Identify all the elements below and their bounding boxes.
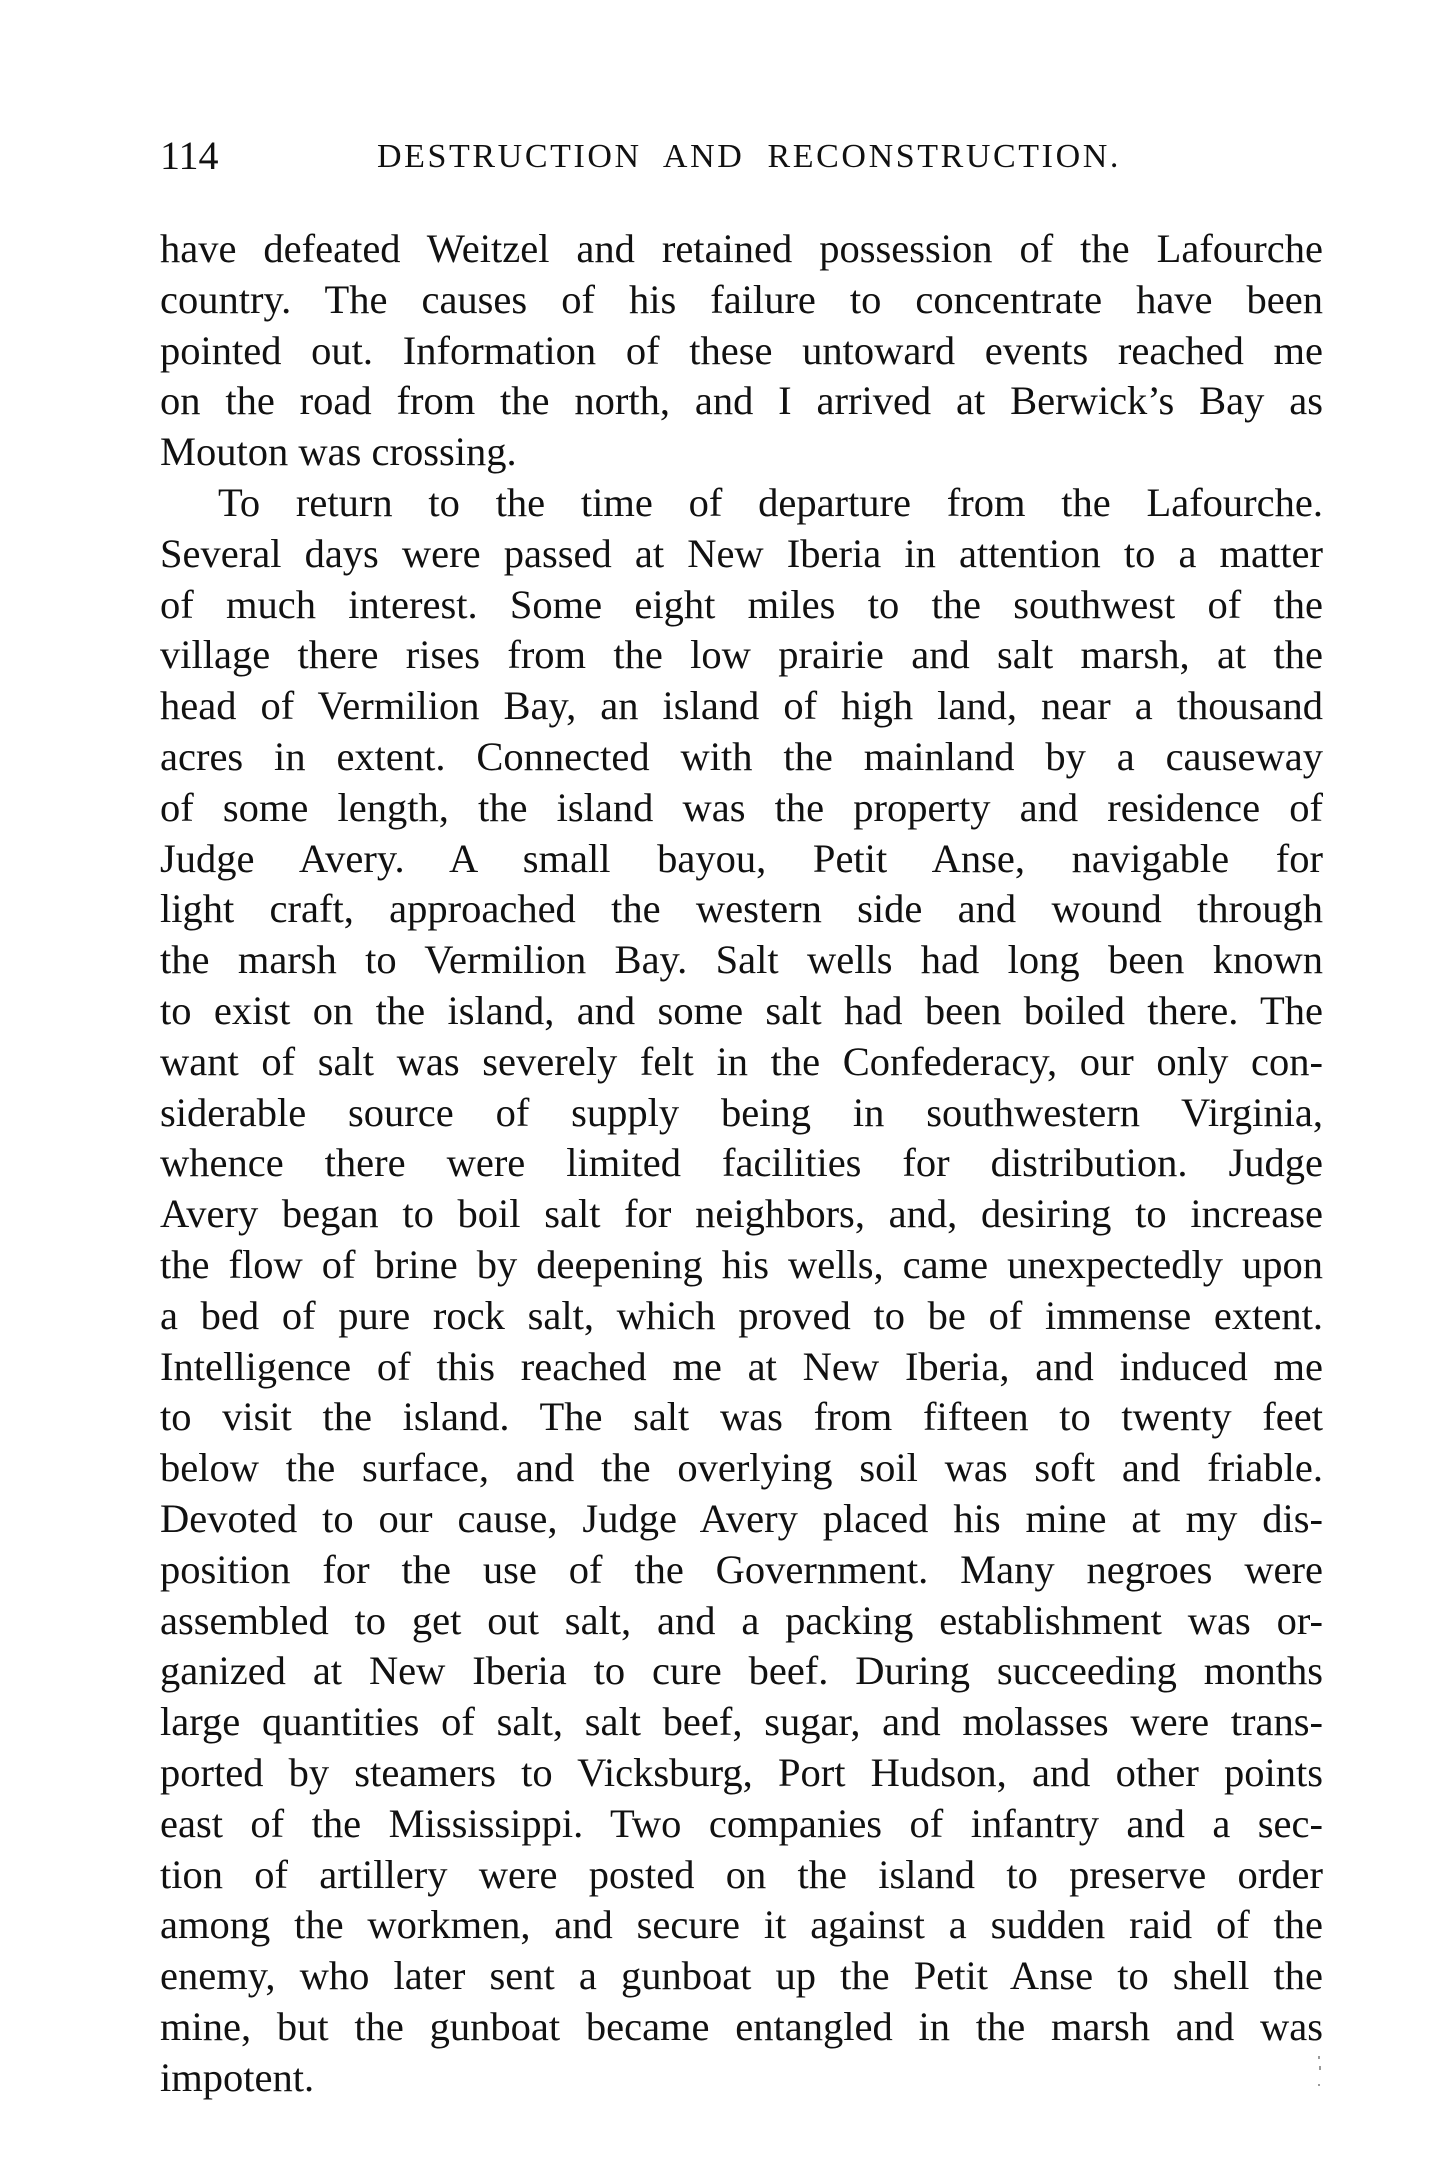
text-line: a bed of pure rock salt, which proved to… <box>160 1291 1323 1342</box>
text-line: the marsh to Vermilion Bay. Salt wells h… <box>160 935 1323 986</box>
text-line: mine, but the gunboat became entangled i… <box>160 2002 1323 2053</box>
text-line: whence there were limited facilities for… <box>160 1138 1323 1189</box>
text-line: to visit the island. The salt was from f… <box>160 1392 1323 1443</box>
text-line: Mouton was crossing. <box>160 427 1323 478</box>
text-line: To return to the time of departure from … <box>160 478 1323 529</box>
text-line: pointed out. Information of these untowa… <box>160 326 1323 377</box>
text-line: acres in extent. Connected with the main… <box>160 732 1323 783</box>
text-line: east of the Mississippi. Two companies o… <box>160 1799 1323 1850</box>
book-page: 114 DESTRUCTION AND RECONSTRUCTION. have… <box>0 0 1454 2181</box>
text-line: of some length, the island was the prope… <box>160 783 1323 834</box>
scan-speck <box>1318 2056 1320 2059</box>
text-line: head of Vermilion Bay, an island of high… <box>160 681 1323 732</box>
text-line: want of salt was severely felt in the Co… <box>160 1037 1323 1088</box>
text-line: impotent. <box>160 2053 1323 2104</box>
text-line: enemy, who later sent a gunboat up the P… <box>160 1951 1323 2002</box>
paragraph-1: have defeated Weitzel and retained posse… <box>160 224 1323 478</box>
text-line: to exist on the island, and some salt ha… <box>160 986 1323 1037</box>
text-line: tion of artillery were posted on the isl… <box>160 1850 1323 1901</box>
body-text: have defeated Weitzel and retained posse… <box>160 224 1323 2103</box>
text-line: ganized at New Iberia to cure beef. Duri… <box>160 1646 1323 1697</box>
text-line: Intelligence of this reached me at New I… <box>160 1342 1323 1393</box>
text-line: large quantities of salt, salt beef, sug… <box>160 1697 1323 1748</box>
text-line: Devoted to our cause, Judge Avery placed… <box>160 1494 1323 1545</box>
text-line: have defeated Weitzel and retained posse… <box>160 224 1323 275</box>
text-line: Judge Avery. A small bayou, Petit Anse, … <box>160 834 1323 885</box>
running-head: 114 DESTRUCTION AND RECONSTRUCTION. <box>160 132 1323 180</box>
text-line: among the workmen, and secure it against… <box>160 1900 1323 1951</box>
text-line: of much interest. Some eight miles to th… <box>160 580 1323 631</box>
scan-speck <box>1318 2084 1320 2086</box>
text-line: position for the use of the Government. … <box>160 1545 1323 1596</box>
scan-speck <box>1319 2066 1321 2070</box>
text-line: the flow of brine by deepening his wells… <box>160 1240 1323 1291</box>
paragraph-2: To return to the time of departure from … <box>160 478 1323 2104</box>
text-line: Avery began to boil salt for neighbors, … <box>160 1189 1323 1240</box>
text-line: ported by steamers to Vicksburg, Port Hu… <box>160 1748 1323 1799</box>
text-line: village there rises from the low prairie… <box>160 630 1323 681</box>
page-number: 114 <box>160 132 219 180</box>
running-title: DESTRUCTION AND RECONSTRUCTION. <box>377 134 1121 180</box>
text-line: Several days were passed at New Iberia i… <box>160 529 1323 580</box>
text-line: country. The causes of his failure to co… <box>160 275 1323 326</box>
text-line: siderable source of supply being in sout… <box>160 1088 1323 1139</box>
text-line: below the surface, and the overlying soi… <box>160 1443 1323 1494</box>
text-line: light craft, approached the western side… <box>160 884 1323 935</box>
text-line: on the road from the north, and I arrive… <box>160 376 1323 427</box>
text-line: assembled to get out salt, and a packing… <box>160 1596 1323 1647</box>
